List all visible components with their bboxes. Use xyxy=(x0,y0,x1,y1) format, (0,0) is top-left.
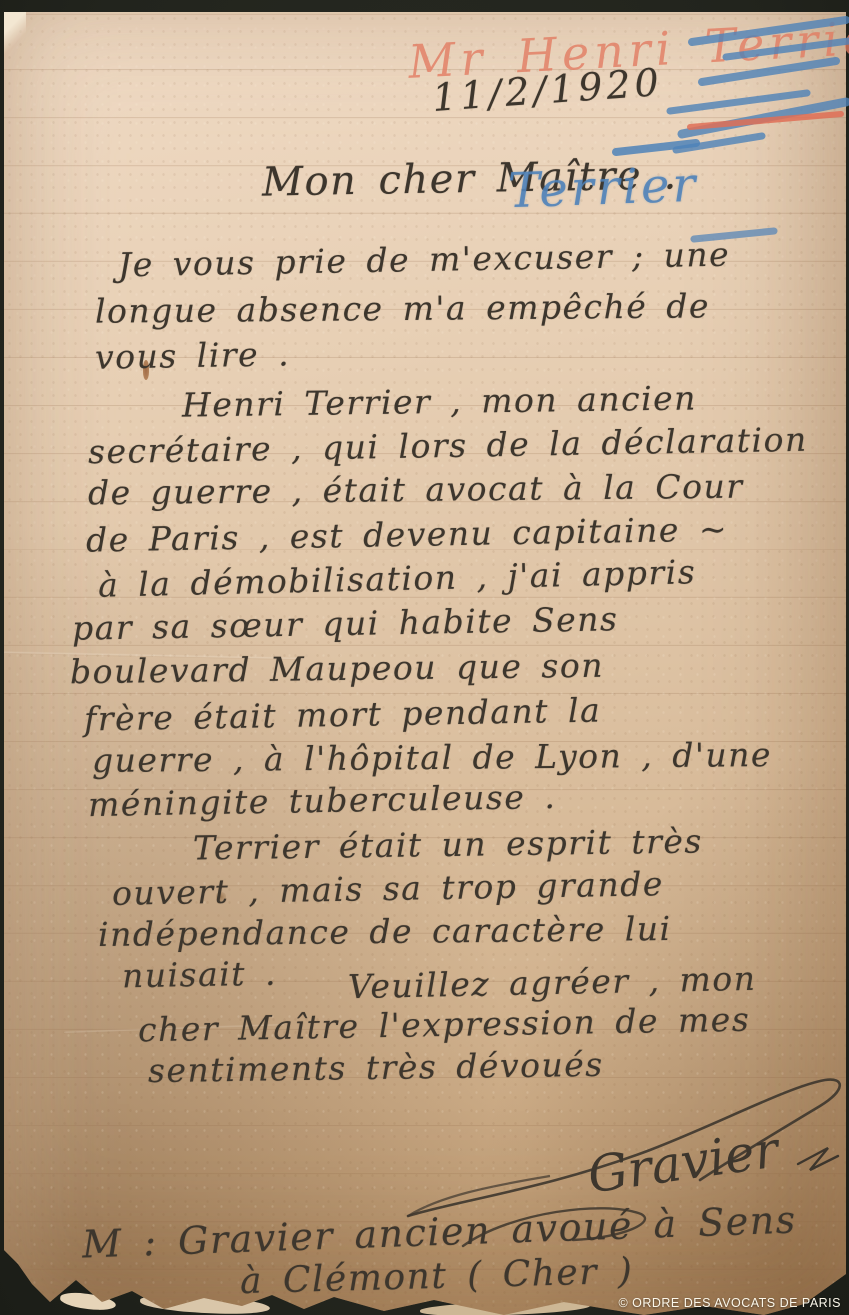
copyright-watermark: © ORDRE DES AVOCATS DE PARIS xyxy=(618,1296,841,1310)
handwriting-line: indépendance de caractère lui xyxy=(98,909,672,954)
handwriting-line: Henri Terrier , mon ancien xyxy=(182,378,697,424)
signature: Gravier xyxy=(584,1120,785,1205)
fold-mark xyxy=(4,12,26,62)
handwriting-line: méningite tuberculeuse . xyxy=(88,777,557,824)
handwriting-line: vous lire . xyxy=(95,334,291,376)
handwriting-line: de guerre , était avocat à la Cour xyxy=(88,467,744,513)
handwriting-line: longue absence m'a empêché de xyxy=(95,286,710,330)
blue-annotation-terrier: Terrier xyxy=(507,157,699,220)
handwriting-line: nuisait . xyxy=(122,954,278,996)
blue-dash-stroke xyxy=(612,138,702,158)
handwriting-line: Terrier était un esprit très xyxy=(193,821,703,867)
handwriting-line: boulevard Maupeou que son xyxy=(70,646,604,692)
handwriting-line: guerre , à l'hôpital de Lyon , d'une xyxy=(92,735,772,780)
signature-flourish: Gravier xyxy=(400,1068,849,1200)
scanned-letter-page: Mr Henri Terrier 11/2/1920 Mon cher Maît… xyxy=(0,0,849,1315)
